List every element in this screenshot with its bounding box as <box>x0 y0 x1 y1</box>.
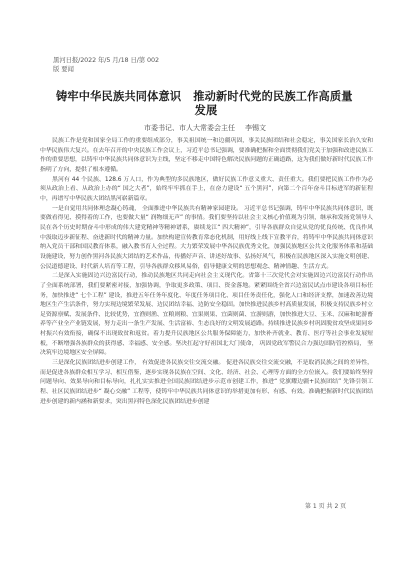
paragraph: 黑河有 44 个民族、128.6 万人口，作为典型的多民族地区，做好民族工作意义… <box>40 176 373 205</box>
source-line: 黑河日报/2022 年/5 月/18 日/第 002 <box>53 56 159 65</box>
page-number: 第 1 页 共 2 页 <box>305 503 346 511</box>
author-byline: 市委书记、市人大常委会主任李锡文 <box>0 124 410 133</box>
title-part-1: 铸牢中华民族共同体意识 <box>56 89 181 103</box>
paragraph: 二是深入实施固边兴边富民行动，推动民族地区共同走向社会主义现代化。省第十三次党代… <box>40 272 373 359</box>
title-part-2: 推动新时代党的民族工作高质量 <box>193 89 352 103</box>
section-line: 版 要闻 <box>53 65 159 74</box>
title-line-2: 发展 <box>56 103 356 117</box>
publication-meta: 黑河日报/2022 年/5 月/18 日/第 002 版 要闻 <box>53 56 159 74</box>
author-position: 市委书记、市人大常委会主任 <box>144 124 235 132</box>
paragraph: 一是自觉用共同体理念凝心铸魂， 全面推进中华民族共有精神家园建设。 习近平总书记… <box>40 205 373 273</box>
document-page: 黑河日报/2022 年/5 月/18 日/第 002 版 要闻 铸牢中华民族共同… <box>0 0 410 580</box>
title-line-1: 铸牢中华民族共同体意识推动新时代党的民族工作高质量 <box>56 89 356 103</box>
article-body: 民族工作是党和国家全局工作的重要组成部分，事关祖国统一和边疆巩固，事关民族团结和… <box>40 137 373 407</box>
paragraph: 三是深化民族团结进步创建工作， 有效促进各民族交往交流交融。 促进各民族交往交流… <box>40 359 373 407</box>
article-title: 铸牢中华民族共同体意识推动新时代党的民族工作高质量 发展 <box>56 89 356 117</box>
author-name: 李锡文 <box>245 124 266 132</box>
paragraph: 民族工作是党和国家全局工作的重要组成部分，事关祖国统一和边疆巩固，事关民族团结和… <box>40 137 373 176</box>
